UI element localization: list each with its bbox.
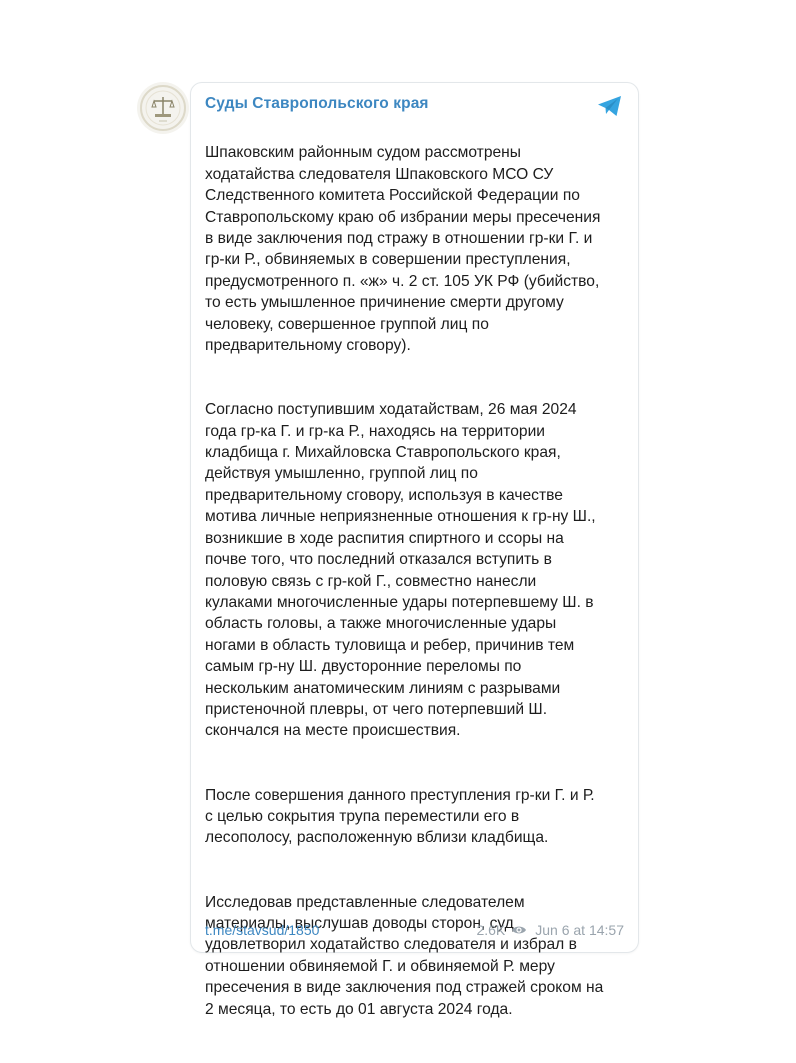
channel-avatar[interactable] (137, 82, 189, 134)
eye-icon (511, 924, 527, 936)
post-paragraph: После совершения данного преступления гр… (205, 785, 635, 849)
post-footer: t.me/stavsud/1850 2.6K Jun 6 at 14:57 (205, 922, 624, 940)
post-paragraph: Исследовав представленные следователем м… (205, 892, 635, 1020)
post-meta: 2.6K Jun 6 at 14:57 (476, 922, 624, 938)
post-paragraph: Согласно поступившим ходатайствам, 26 ма… (205, 399, 635, 742)
telegram-plane-icon[interactable] (597, 95, 623, 117)
court-scales-emblem-icon (137, 82, 189, 134)
channel-name-link[interactable]: Суды Ставропольского края (205, 95, 429, 113)
channel-post: Суды Ставропольского края Шпаковским рай… (190, 82, 639, 953)
post-paragraph: Шпаковским районным судом рассмотрены хо… (205, 142, 635, 356)
post-timestamp[interactable]: Jun 6 at 14:57 (535, 922, 624, 938)
view-count: 2.6K (476, 922, 505, 938)
post-link[interactable]: t.me/stavsud/1850 (205, 922, 319, 938)
